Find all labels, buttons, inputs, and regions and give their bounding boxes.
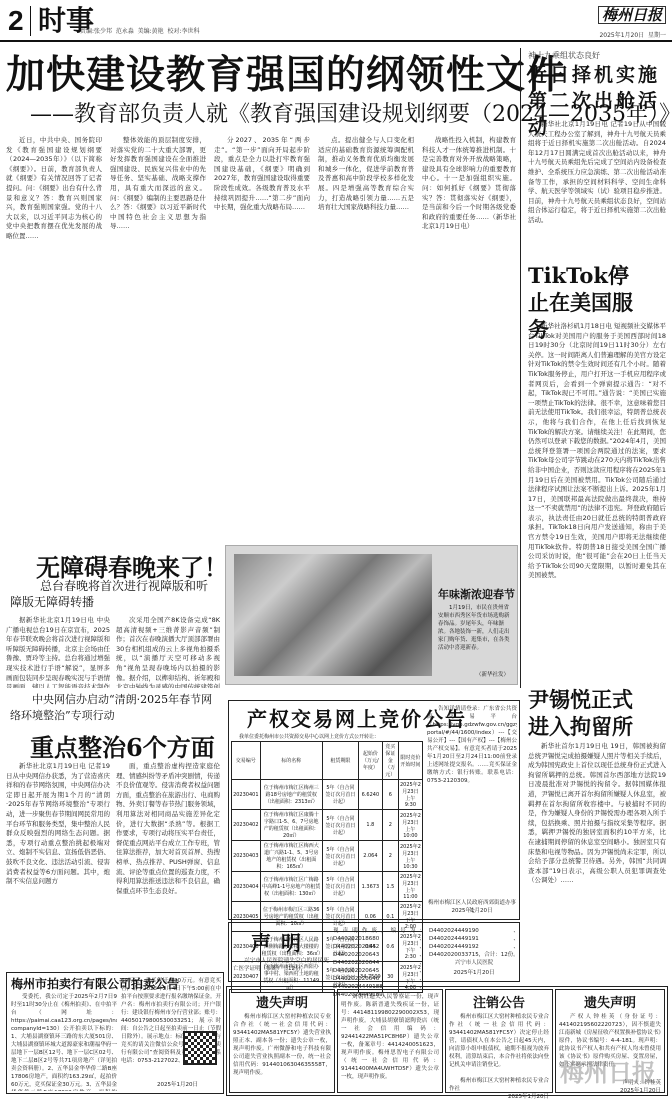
internet-column-2: 面，重点整治虚构捏造家庭伦理、情感纠纷等矛盾冲突剧情，传递不良价值观等。侵害消费… [116,762,220,958]
photo-caption: 1月19日，市民在贵州省安顺市西秀区年货市场选购新春饰品。岁尾年头，年味渐浓。各… [438,604,514,652]
lead-column-4: 点。提出健全与人口变化相适应的基础教育资源统筹调配机制，推动义务教育优质均衡发展… [318,136,414,516]
newspaper-logo: 梅州日报 [598,6,666,24]
qr-code-icon [183,1031,217,1065]
table-header: 竞买保证金（万元） [382,742,398,780]
deposit: 6 [382,780,398,810]
loss-notice-title: 遗失声明 [230,992,334,1011]
internet-column-1: 新华社北京1月19日电 记者19日从中央网信办获悉，为了营造喜庆祥和的春节网络氛… [6,762,110,958]
lot-name: 位于梅州市梅江区康腾十字路口1-5、6、7号房地产的租赁权（出租面积：20㎡） [260,810,322,841]
misc-notice-body: 刘朝旺遗失人民警察证一份，现声明作废。陈新晋遗失残疾证一份，证号：4414811… [338,990,442,1090]
column-divider [520,48,521,688]
lot-number: 20230402 [232,810,261,841]
statement-serials-cont: D4402024449190、D4402024449191、D440202444… [429,927,519,959]
cancel-notice: 注销公告 梅州市梅江区大窑村种植农民专业合作社（统一社会信用代码：9344140… [445,989,553,1093]
sidebar-headline-yoon: 尹锡悦正式进入拘留所 [528,686,638,740]
sidebar-body-yoon: 新华社首尔1月19日电 19日，韩国被拘留总统尹锡悦完成拍摄嫌疑人照片等相关手续… [528,742,666,988]
deposit: 1.5 [382,872,398,902]
editor-credits: 责编:张少邦 范永淼 美编:黄艳 校对:李世科 [80,26,200,35]
photo-credit: （新华社发） [476,670,509,678]
page-separator [30,6,31,36]
lot-name: 位于梅州市梅江区广梅路中高峰1-1号房地产的租赁权（出租面积：130㎡） [260,872,322,902]
lead-headline: 加快建设教育强国的纲领性文件 [6,52,566,98]
statement-notice: 声明 兴宁市人民医院遗失空白的居民死亡医学证明（推断）书12份， 现声明作废，编… [228,922,520,982]
auction-company-body: 受委托，我公司定于2025年2月7日9时至11时30分止在《梅州拍卖》、在中拍平… [11,993,117,1091]
gala-column-1: 据新华社北京1月19日电 中央广播电视总台19日在京宣布，2025年春节联欢晚会… [6,616,110,688]
bid-start-time: 2025年2月23日上午9:30 [398,780,422,810]
sidebar-body-tiktok: 新华社洛杉矶1月18日电 短视频社交媒体平台TikTok对美国用户的服务于美国西… [528,322,666,668]
starting-price: 1.3673 [359,872,383,902]
lease-term: 5年（自合同签订次月首日计起） [322,810,358,841]
table-header: 交易编号 [232,742,261,780]
table-header-row: 交易编号 标的名称 租赁期限 起始价（万元/年度） 竞买保证金（万元） 限时竞价… [232,742,423,780]
lot-name: 位于梅州市梅江区梅州三路18号房地产的租赁权（出租面积：2313㎡） [260,780,322,810]
lead-column-3: 分2027、2035年“两步走”。“第一步”面向开局起步阶段，重点是全力以赴打牢… [214,136,310,516]
table-row: 20230401 位于梅州市梅江区梅州三路18号房地产的租赁权（出租面积：231… [232,780,423,810]
lease-term: 5年（自合同签订次月首日计起） [322,872,358,902]
internet-headline: 重点整治6个方面 [30,728,215,763]
loss-notice-2-title: 遗失声明 [556,992,664,1011]
starting-price: 1.8 [359,810,383,841]
table-header: 起始价（万元/年度） [359,742,383,780]
lease-term: 5年（自合同签订次月首日计起） [322,841,358,872]
deposit: 2 [382,810,398,841]
cancel-notice-body: 梅州市梅江区大窑村种植农民专业合作社（统一社会信用代码：93441402MA58… [446,1011,552,1077]
sidebar-body-spacewalk: 新华社北京1月19日电 记者19日从中国载人航天工程办公室了解到，神舟十九号航天… [528,120,666,250]
loss-notice-2-date: 2025年1月20日 [556,1087,664,1095]
gala-subheadline: 总台春晚将首次进行视障版和听障版无障碍转播 [10,578,215,610]
starting-price: 6.6240 [359,780,383,810]
photo-feature: 年味渐浓迎春节 1月19日，市民在贵州省安顺市西秀区年货市场选购新春饰品。岁尾年… [225,545,518,685]
statement-date: 2025年1月20日 [429,969,519,977]
lead-column-5: 战略性投入机制，构建教育科技人才一体统筹推进机制。十是完善教育对外开放战略策略，… [422,136,516,516]
cancel-notice-signature: 梅州市梅江区大窑村种植农民专业合作社 [446,1077,552,1093]
lead-column-2: 整体效能的顶层制度安排，对落实党的二十大重大部署，更好发挥教育强国建设在全面推进… [110,136,206,516]
new-year-market-photo [234,554,432,676]
watermark-logo: 梅州日报 [560,1053,656,1088]
page-number: 2 [8,4,24,38]
auction-details: 告知详情请登录：广东省公共资源交易平台（https://ygp.gdzwfw.g… [427,705,517,895]
internet-kicker: 中央网信办启动“清朗·2025年春节网络环境整治”专项行动 [10,692,222,724]
loss-notice-body: 梅州市梅江区大窑村种植农民专业合作社（统一社会信用代码：93441402MA58… [230,1011,334,1095]
lot-number: 20230403 [232,841,261,872]
auction-date: 2025年1月20日 [427,907,517,915]
table-row: 20230402 位于梅州市梅江区康腾十字路口1-5、6、7号房地产的租赁权（出… [232,810,423,841]
lot-number: 20230401 [232,780,261,810]
bid-start-time: 2025年2月23日上午11:00 [398,872,422,902]
cancel-notice-title: 注销公告 [446,992,552,1011]
masthead: 2 时事 责编:张少邦 范永淼 美编:黄艳 校对:李世科 梅州日报 2025年1… [0,0,672,42]
starting-price: 2.064 [359,841,383,872]
bid-start-time: 2025年2月23日上午10:30 [398,841,422,872]
lead-column-1: 近日，中共中央、国务院印发《教育强国建设规划纲要（2024—2035年）》（以下… [6,136,102,516]
statement-title: 声明 [251,927,311,956]
bid-start-time: 2025年2月23日上午10:00 [398,810,422,841]
auction-intro: 我单位委托梅州市公共资源交易中心以网上竞价方式公开转让： [239,733,379,740]
cancel-notice-date: 2025年1月20日 [446,1093,552,1100]
auction-company-notice: 梅州市拍卖行有限公司拍卖公告 受委托，我公司定于2025年2月7日9时至11时3… [6,972,224,1094]
lot-name: 位于梅州市梅江区梅西大道广兴路1-1、5、3号房地产的租赁权（出租面积：165㎡… [260,841,322,872]
table-row: 20230403 位于梅州市梅江区梅西大道广兴路1-1、5、3号房地产的租赁权（… [232,841,423,872]
lot-number: 20230404 [232,872,261,902]
deposit: 2 [382,841,398,872]
photo-caption-title: 年味渐浓迎春节 [438,586,515,602]
misc-notice: 刘朝旺遗失人民警察证一份，现声明作废。陈新晋遗失残疾证一份，证号：4414811… [337,989,443,1093]
table-row: 20230404 位于梅州市梅江区广梅路中高峰1-1号房地产的租赁权（出租面积：… [232,872,423,902]
table-header: 限时竞价开始时间 [398,742,422,780]
auction-notice: 产权交易网上竞价公告 我单位委托梅州市公共资源交易中心以网上竞价方式公开转让： … [228,700,520,920]
sidebar-kicker: 神十九乘组状态良好 [528,50,600,61]
statement-signature: 兴宁市人民医院 [429,959,519,967]
gala-column-2: 次采用全国产8K设备完成“8K超高清视频+三维菁影声音频”制作；首次在春晚演播大… [116,616,220,688]
lease-term: 5年（自合同签订次月首日计起） [322,780,358,810]
statement-body: 兴宁市人民医院遗失空白的居民死亡医学证明（推断）书12份， [233,957,329,973]
loss-notice-1: 遗失声明 梅州市梅江区大窑村种植农民专业合作社（统一社会信用代码：9344140… [229,989,335,1093]
table-header: 标的名称 [260,742,322,780]
issue-date: 2025年1月20日 星期一 [599,30,666,39]
auction-company-date: 2025年1月20日 [157,1081,198,1089]
table-header: 租赁期限 [322,742,358,780]
